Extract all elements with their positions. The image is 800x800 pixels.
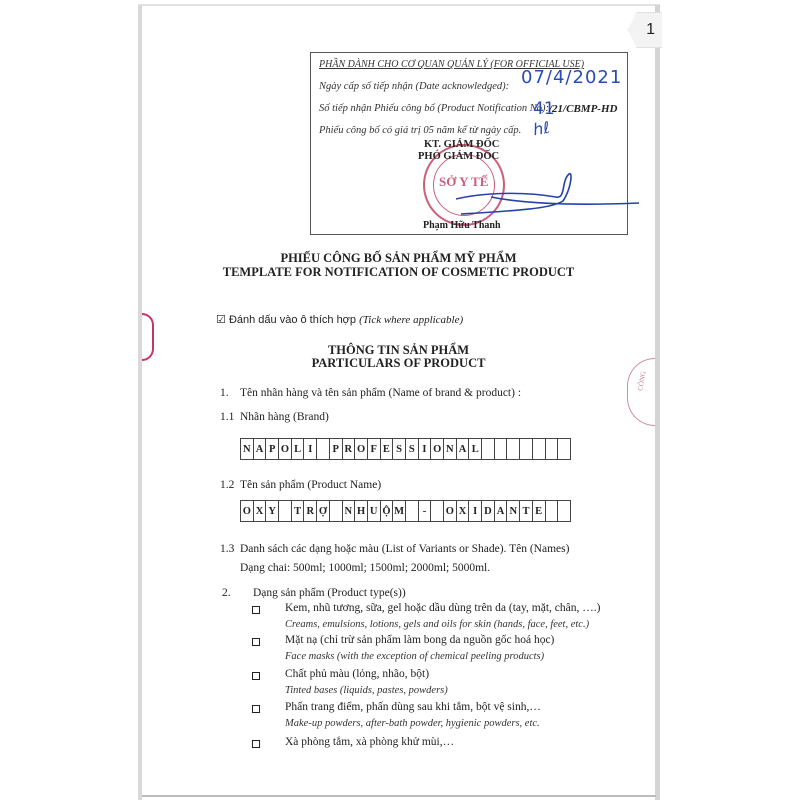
option-2-en: Face masks (with the exception of chemic… (285, 651, 544, 662)
item1-2-label: Tên sản phẩm (Product Name) (240, 479, 381, 491)
letter-box: A (457, 439, 470, 459)
letter-box: R (304, 501, 317, 521)
notification-no-label: Số tiếp nhận Phiếu công bố (Product Noti… (319, 103, 549, 114)
letter-box (546, 439, 559, 459)
product-name-boxes: OXYTRỢNHUỘM-OXIDANTE (240, 500, 571, 522)
letter-box: O (355, 439, 368, 459)
letter-box: Y (266, 501, 279, 521)
item1-3-value: Dạng chai: 500ml; 1000ml; 1500ml; 2000ml… (240, 562, 490, 574)
official-use-box: PHẦN DÀNH CHO CƠ QUAN QUẢN LÝ (FOR OFFIC… (310, 52, 628, 235)
scrollbar[interactable] (655, 5, 660, 800)
page-bottom-edge (142, 795, 656, 797)
letter-box (482, 439, 495, 459)
form-title-vn: PHIẾU CÔNG BỐ SẢN PHẨM MỸ PHẨM (142, 251, 655, 266)
notification-no-suffix: /21/CBMP-HD (549, 103, 617, 115)
letter-box: O (241, 501, 254, 521)
letter-box: - (419, 501, 432, 521)
letter-box: O (444, 501, 457, 521)
letter-box: T (520, 501, 533, 521)
validity-note: Phiếu công bố có giá trị 05 năm kể từ ng… (319, 125, 521, 136)
letter-box: I (419, 439, 432, 459)
letter-box: L (469, 439, 482, 459)
letter-box (520, 439, 533, 459)
option-4-en: Make-up powders, after-bath powder, hygi… (285, 718, 540, 729)
letter-box: T (292, 501, 305, 521)
item2-label: Dạng sản phẩm (Product type(s)) (253, 587, 406, 599)
letter-box (558, 501, 571, 521)
letter-box: A (254, 439, 267, 459)
letter-box (279, 501, 292, 521)
letter-box: R (343, 439, 356, 459)
letter-box: P (330, 439, 343, 459)
letter-box: X (254, 501, 267, 521)
letter-box: A (495, 501, 508, 521)
letter-box: L (292, 439, 305, 459)
letter-box (533, 439, 546, 459)
item1-1-label: Nhãn hàng (Brand) (240, 411, 329, 423)
option-3-vn: Chất phủ màu (lỏng, nhão, bột) (285, 668, 429, 680)
letter-box (406, 501, 419, 521)
letter-box: O (431, 439, 444, 459)
option-3-en: Tinted bases (liquids, pastes, powders) (285, 685, 448, 696)
letter-box (546, 501, 559, 521)
option-checkbox[interactable] (252, 705, 260, 713)
letter-box: E (533, 501, 546, 521)
letter-box: I (469, 501, 482, 521)
item2-number: 2. (222, 587, 231, 599)
tick-note: ☑ Đánh dấu vào ô thích hợp (Tick where a… (216, 313, 463, 326)
letter-box: U (368, 501, 381, 521)
option-5-vn: Xà phòng tắm, xà phòng khử mùi,… (285, 736, 454, 748)
tick-note-vn: Đánh dấu vào ô thích hợp (229, 314, 356, 326)
signer-name: Phạm Hữu Thanh (423, 220, 501, 231)
director-line-1: KT. GIÁM ĐỐC (424, 139, 499, 150)
page-number: 1 (646, 21, 655, 39)
letter-box (431, 501, 444, 521)
handwritten-initials: ℎℓ (531, 118, 551, 140)
letter-box: N (343, 501, 356, 521)
letter-box: N (507, 501, 520, 521)
letter-box (495, 439, 508, 459)
letter-box: N (241, 439, 254, 459)
letter-box: S (393, 439, 406, 459)
item1-label: Tên nhãn hàng và tên sản phẩm (Name of b… (240, 387, 521, 399)
checked-box-icon: ☑ (216, 314, 226, 326)
letter-box (558, 439, 571, 459)
letter-box: I (304, 439, 317, 459)
option-checkbox[interactable] (252, 672, 260, 680)
section-title-en: PARTICULARS OF PRODUCT (142, 356, 655, 371)
date-acknowledged-value: 07/4/2021 (521, 67, 622, 88)
option-checkbox[interactable] (252, 740, 260, 748)
option-checkbox[interactable] (252, 638, 260, 646)
letter-box: O (279, 439, 292, 459)
item1-1-number: 1.1 (220, 411, 234, 423)
option-1-en: Creams, emulsions, lotions, gels and oil… (285, 619, 589, 630)
letter-box: E (381, 439, 394, 459)
letter-box: F (368, 439, 381, 459)
option-2-vn: Mặt nạ (chỉ trừ sản phẩm làm bong da ngu… (285, 634, 554, 646)
signature-icon (451, 169, 641, 219)
letter-box (317, 439, 330, 459)
option-4-vn: Phấn trang điểm, phấn dùng sau khi tắm, … (285, 701, 541, 713)
item1-3-number: 1.3 (220, 543, 234, 555)
letter-box: H (355, 501, 368, 521)
letter-box: N (444, 439, 457, 459)
date-acknowledged-label: Ngày cấp số tiếp nhận (Date acknowledged… (319, 81, 509, 92)
letter-box: Ộ (381, 501, 394, 521)
brand-boxes: NAPOLIPROFESSIONAL (240, 438, 571, 460)
letter-box (507, 439, 520, 459)
item1-2-number: 1.2 (220, 479, 234, 491)
item1-3-label: Danh sách các dạng hoặc màu (List of Var… (240, 543, 569, 555)
letter-box: S (406, 439, 419, 459)
tick-note-en: (Tick where applicable) (359, 314, 463, 326)
letter-box: X (457, 501, 470, 521)
letter-box: Ợ (317, 501, 330, 521)
letter-box: M (393, 501, 406, 521)
item1-number: 1. (220, 387, 229, 399)
letter-box (330, 501, 343, 521)
letter-box: D (482, 501, 495, 521)
director-line-2: PHÓ GIÁM ĐỐC (418, 151, 499, 162)
option-1-vn: Kem, nhũ tương, sữa, gel hoặc dầu dùng t… (285, 602, 600, 614)
letter-box: P (266, 439, 279, 459)
form-title-en: TEMPLATE FOR NOTIFICATION OF COSMETIC PR… (142, 265, 655, 280)
option-checkbox[interactable] (252, 606, 260, 614)
